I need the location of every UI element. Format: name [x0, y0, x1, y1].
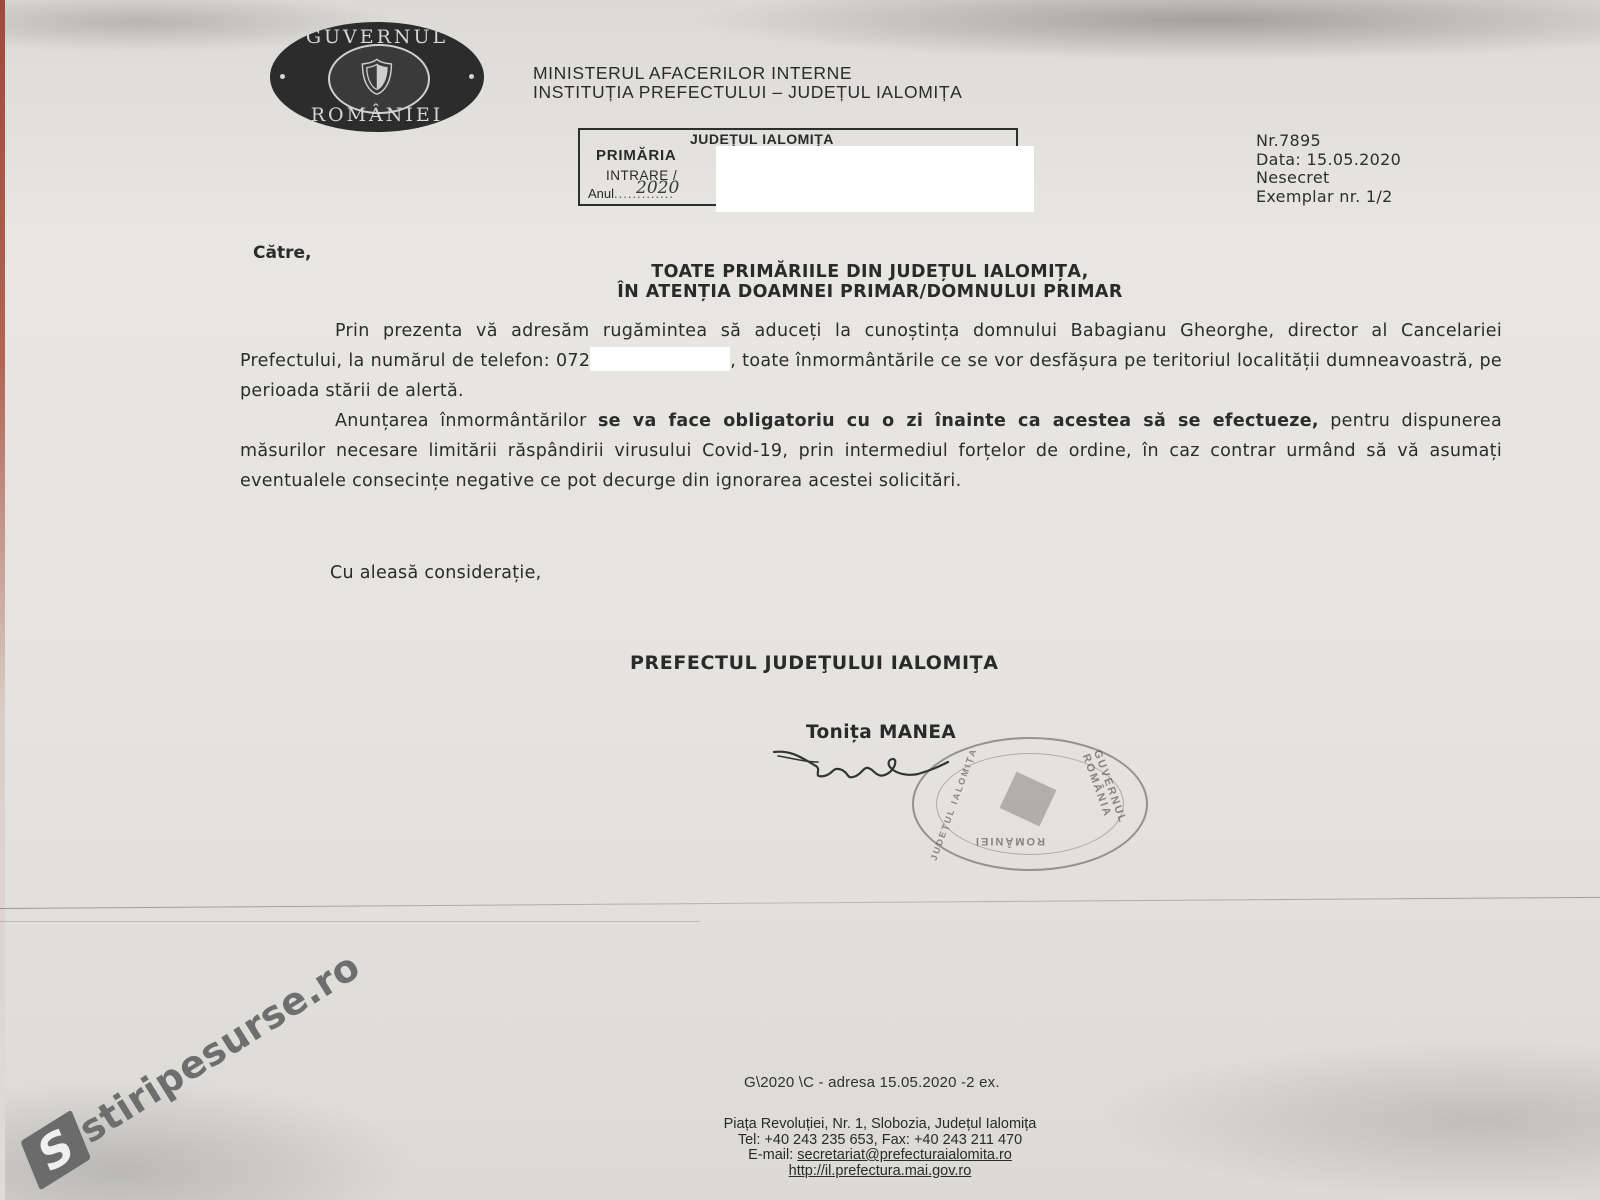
page-edge	[0, 0, 5, 1200]
reference-copy: Exemplar nr. 1/2	[1256, 188, 1401, 207]
footer-website-link[interactable]: http://il.prefectura.mai.gov.ro	[620, 1164, 1140, 1180]
recipients-line-2: ÎN ATENȚIA DOAMNEI PRIMAR/DOMNULUI PRIMA…	[440, 282, 1300, 302]
stamp-primaria: PRIMĂRIA	[596, 147, 677, 164]
footer-phone-fax: Tel: +40 243 235 653, Fax: +40 243 211 4…	[620, 1133, 1140, 1149]
prefect-name: Tonița MANEA	[806, 722, 956, 743]
emblem-text-top: GUVERNUL	[270, 26, 484, 48]
paragraph-1: Prin prezenta vă adresăm rugămintea să a…	[240, 316, 1502, 406]
paragraph-2-start: Anunțarea înmormântărilor	[335, 411, 598, 431]
paragraph-2: Anunțarea înmormântărilor se va face obl…	[240, 406, 1502, 496]
ministry-line-2: INSTITUȚIA PREFECTULUI – JUDEȚUL IALOMIȚ…	[533, 83, 962, 102]
prefect-title: PREFECTUL JUDEŢULUI IALOMIŢA	[630, 652, 999, 674]
recipients-line-1: TOATE PRIMĂRIILE DIN JUDEȚUL IALOMIȚA,	[440, 262, 1300, 282]
file-reference: G\2020 \C - adresa 15.05.2020 -2 ex.	[744, 1074, 1000, 1091]
reference-block: Nr.7895 Data: 15.05.2020 Nesecret Exempl…	[1256, 132, 1401, 206]
footer-email-link[interactable]: secretariat@prefecturaialomita.ro	[797, 1147, 1012, 1163]
footer-address: Piața Revoluției, Nr. 1, Slobozia, Județ…	[620, 1117, 1140, 1133]
ministry-line-1: MINISTERUL AFACERILOR INTERNE	[533, 64, 962, 83]
letter-body: Prin prezenta vă adresăm rugămintea să a…	[240, 316, 1502, 496]
handwritten-signature-icon	[772, 748, 952, 788]
closing: Cu aleasă considerație,	[330, 563, 542, 583]
stamp-county: JUDEȚUL IALOMIȚA	[690, 131, 834, 147]
institution-footer: Piața Revoluției, Nr. 1, Slobozia, Județ…	[620, 1117, 1140, 1179]
paragraph-2-bold: se va face obligatoriu cu o zi înainte c…	[598, 411, 1319, 431]
stamp-anul-label: Anul	[588, 186, 614, 201]
ministry-header: MINISTERUL AFACERILOR INTERNE INSTITUȚIA…	[533, 64, 962, 102]
redaction-box	[716, 146, 1034, 212]
reference-classification: Nesecret	[1256, 169, 1401, 188]
phone-redaction	[590, 347, 730, 371]
government-emblem: 🛡 GUVERNUL ROMÂNIEI	[270, 22, 488, 132]
emblem-dot	[280, 74, 285, 79]
stamp-year-handwritten: 2020	[636, 178, 679, 198]
reference-number: Nr.7895	[1256, 132, 1401, 151]
emblem-dot	[469, 74, 474, 79]
recipients: TOATE PRIMĂRIILE DIN JUDEȚUL IALOMIȚA, Î…	[440, 262, 1300, 302]
emblem-text-bottom: ROMÂNIEI	[270, 104, 484, 126]
coat-of-arms-icon: 🛡	[354, 54, 400, 102]
salutation: Către,	[253, 243, 311, 263]
footer-email-label: E-mail:	[748, 1147, 797, 1163]
footer-email-row: E-mail: secretariat@prefecturaialomita.r…	[620, 1148, 1140, 1164]
fold-line-secondary	[0, 921, 700, 922]
reference-date: Data: 15.05.2020	[1256, 151, 1401, 170]
seal-text-bottom: ROMÂNIEI	[974, 835, 1045, 847]
